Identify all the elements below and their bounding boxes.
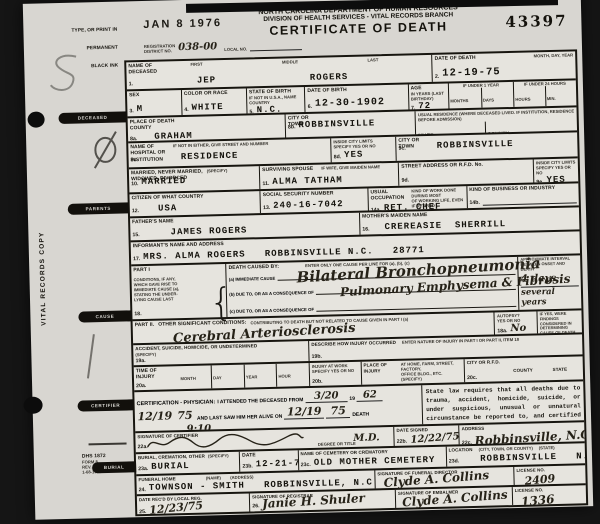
field-embalmer-signature: SIGNATURE OF EMBALMERClyde A. Collins: [395, 487, 512, 508]
field-surviving-spouse: SURVIVING SPOUSEIF WIFE, GIVE MAIDEN NAM…: [259, 163, 399, 189]
degree-title-value: M.D.: [353, 432, 380, 444]
injury-work-no: 20b.: [312, 378, 359, 385]
attended-from-year: 62: [363, 389, 377, 400]
burial-date-value: 12-21-75: [256, 458, 298, 469]
time-of-injury-label-box: TIME OF INJURY20a.: [134, 366, 180, 390]
ssn-label: SOCIAL SECURITY NUMBER: [263, 190, 366, 199]
cemetery-loc-no: 23d.: [449, 458, 460, 464]
cause-conditions-column: PART I CONDITIONS, IF ANY, WHICH GAVE RI…: [131, 264, 227, 319]
cemetery-no: 23c.: [301, 462, 311, 468]
pen-slash-mark: [83, 332, 98, 380]
icl-death-label: INSIDE CITY LIMITS SPECIFY YES OR NO: [333, 138, 393, 150]
race-value: WHITE: [191, 102, 223, 113]
field-marital-status: MARRIED, NEVER MARRIED, WIDOWED, DIVORCE…: [129, 166, 260, 192]
tab-certifier-label: CERTIFIER: [91, 403, 120, 409]
dob-no: 6.: [308, 104, 312, 110]
days-label: DAYS: [483, 97, 494, 102]
dob-value: 12-30-1902: [315, 97, 385, 110]
field-inside-city-limits-residence: INSIDE CITY LIMITS SPECIFY YES OR NO9e.Y…: [533, 158, 578, 182]
tab-deceased-label: DECEASED: [78, 115, 108, 121]
name-no: 1.: [129, 81, 133, 87]
field-age: AGEIN YEARS (LAST BIRTHDAY)7.72: [407, 84, 448, 110]
vital-records-copy-label: VITAL RECORDS COPY: [38, 231, 47, 325]
icl-death-value: YES: [344, 150, 363, 160]
last-col-label: LAST: [367, 57, 378, 62]
field-street-address: STREET ADDRESS OR R.F.D. No.9d.: [398, 159, 533, 185]
tab-cause-label: CAUSE: [95, 314, 114, 319]
certificate-number: 43397: [505, 12, 568, 32]
hospital-value: RESIDENCE: [181, 150, 239, 161]
margin-rule-line: [89, 442, 127, 445]
field-injury-at-work: INJURY AT WORKSPECIFY YES OR NO20b.: [309, 362, 361, 386]
tab-certifier: CERTIFIER: [77, 399, 133, 411]
pod-city-no: 8b.: [288, 124, 296, 130]
hour-label: HOUR: [278, 373, 290, 378]
due-to-c-label: (c) DUE TO, OR AS A CONSEQUENCE OF: [230, 307, 315, 314]
cause-interval-column: APPROXIMATE INTERVAL BETWEEN ONSET AND D…: [517, 255, 581, 310]
under1-days: DAYS: [481, 87, 514, 108]
cemetery-value: OLD MOTHER CEMETERY: [314, 455, 436, 468]
registrar-sig-no: 26.: [252, 504, 259, 510]
death-word: DEATH: [352, 412, 369, 418]
industry-label: KIND OF BUSINESS OR INDUSTRY: [469, 184, 576, 193]
father-value: JAMES ROGERS: [171, 225, 248, 237]
industry-no: 14b.: [469, 200, 480, 206]
under24-min: MIN.: [544, 85, 576, 106]
injury-place-sub: AT HOME, FARM, STREET, FACTORY, OFFICE B…: [401, 360, 462, 382]
field-if-under-1-year: IF UNDER 1 YEARMONTHSDAYS: [448, 82, 514, 109]
year-prefix: 19: [349, 396, 355, 402]
mother-value: CREREASIE SHERRILL: [384, 219, 506, 232]
name-first-value: JEP: [197, 75, 216, 85]
autopsy-value: No: [510, 323, 526, 334]
informant-no: 17.: [133, 256, 140, 262]
injury-year-col: YEAR: [243, 364, 276, 388]
icl-death-no: 8d.: [334, 154, 342, 160]
cause-line-b: (b) DUE TO, OR AS A CONSEQUENCE OFPulmon…: [229, 282, 516, 297]
field-embalmer-license: LICENSE NO.1336: [512, 485, 586, 505]
dod-sub: MONTH, DAY, YEAR: [534, 52, 574, 59]
citizen-value: USA: [158, 203, 177, 213]
field-place-of-injury: PLACE OF INJURYAT HOME, FARM, STREET, FA…: [360, 359, 464, 385]
date-signed-value: 12/22/75: [410, 431, 459, 446]
death-caused-by-label: DEATH CAUSED BY:: [229, 264, 280, 271]
tab-burial: BURIAL: [92, 461, 136, 473]
hospital-no: 8c.: [131, 157, 138, 163]
hole-punch: [27, 111, 44, 127]
sex-value: M: [137, 104, 144, 114]
local-no-label: LOCAL NO.: [224, 46, 247, 52]
field-sex: SEX3.M: [127, 90, 181, 116]
tab-deceased: DECEASED: [58, 111, 126, 124]
field-business-industry: KIND OF BUSINESS OR INDUSTRY14b.: [466, 183, 579, 208]
street-no: 9d.: [402, 178, 410, 184]
state-law-notice: State law requires that all deaths due t…: [422, 381, 585, 424]
injury-city-col: CITY OR R.F.D.20c.: [465, 358, 512, 382]
ssn-value: 240-16-7042: [273, 199, 344, 211]
last-saw-year: 75: [330, 404, 346, 417]
injury-state-col: STATE: [550, 356, 583, 380]
field-place-of-death-city: CITY OR TOWN8b.ROBBINSVILLE: [285, 111, 416, 137]
registrar-sig-value: Janie H. Shuler: [262, 491, 366, 511]
certification-title: CERTIFICATION - PHYSICIAN:: [137, 399, 216, 407]
dod-label: DATE OF DEATH: [434, 55, 475, 62]
field-citizen-of: CITIZEN OF WHAT COUNTRY12.USA: [129, 191, 260, 216]
tab-cause: CAUSE: [78, 310, 131, 322]
null-pen-mark: [90, 130, 121, 171]
field-usual-occupation: USUAL OCCUPATIONKIND OF WORK DONE DURING…: [367, 186, 466, 210]
spouse-no: 11.: [262, 181, 269, 187]
injury-place-label: PLACE OF INJURY: [363, 362, 398, 383]
injury-state-label: STATE: [553, 367, 568, 372]
cemetery-loc-label: LOCATION: [449, 447, 473, 453]
injury-city-no: 20c.: [467, 374, 510, 381]
attended-text: I ATTENDED THE DECEASED FROM: [217, 397, 303, 405]
tab-burial-label: BURIAL: [104, 465, 125, 471]
cause-no: 18.: [134, 311, 141, 317]
burial-sub: (SPECIFY): [208, 453, 229, 459]
dod-no: 2.: [435, 74, 439, 80]
certificate-scan-paper: TYPE, OR PRINT IN PERMANENT BLACK INK VI…: [23, 0, 593, 520]
injury-city-label: CITY OR R.F.D.: [467, 359, 510, 366]
date-signed-no: 22b.: [397, 438, 408, 444]
field-autopsy: AUTOPSY? YES OR NO18a.No: [494, 311, 537, 334]
burial-date-no: 23b.: [242, 463, 253, 469]
marital-no: 10.: [131, 181, 138, 187]
date-received-value: 12/23/75: [149, 499, 204, 514]
registration-district-row: REGISTRATION DISTRICT NO. 038-00 LOCAL N…: [144, 39, 302, 54]
attended-to-year: 75: [177, 409, 193, 422]
registration-district-value: 038-00: [178, 41, 217, 53]
cause-lines-column: DEATH CAUSED BY:ENTER ONLY ONE CAUSE PER…: [225, 257, 518, 317]
field-race: COLOR OR RACE4.WHITE: [181, 88, 247, 115]
field-injury-location: CITY OR R.F.D.20c. COUNTY STATE: [464, 356, 584, 382]
immediate-cause-label: (a) IMMEDIATE CAUSE: [229, 276, 276, 282]
sex-no: 3.: [129, 108, 133, 114]
spouse-value: ALMA TATHAM: [272, 175, 343, 187]
middle-col-label: MIDDLE: [282, 59, 298, 64]
spouse-label: SURVIVING SPOUSE: [262, 166, 313, 174]
spouse-sub: IF WIFE, GIVE MAIDEN NAME: [321, 164, 380, 172]
street-label: STREET ADDRESS OR R.F.D. No.: [401, 161, 531, 170]
race-label: COLOR OR RACE: [184, 90, 244, 98]
hole-punch: [23, 397, 42, 414]
burial-no: 23a.: [138, 466, 148, 472]
year-label: YEAR: [246, 374, 258, 379]
injury-day-col: DAY: [211, 365, 244, 389]
first-col-label: FIRST: [190, 62, 202, 67]
race-no: 4.: [184, 107, 188, 113]
ssn-no: 13.: [263, 205, 270, 211]
interval-label: APPROXIMATE INTERVAL BETWEEN ONSET AND D…: [520, 256, 578, 272]
field-date-of-death: DATE OF DEATHMONTH, DAY, YEAR 2.12-19-75: [431, 51, 575, 82]
res-city-no: 9c.: [398, 145, 405, 151]
how-injury-label: DESCRIBE HOW INJURY OCCURRED: [311, 340, 396, 348]
funeral-home-no: 24.: [139, 487, 146, 493]
pen-scribble: [42, 50, 85, 97]
res-city-value: ROBBINSVILLE: [437, 138, 514, 150]
industry-blank: [483, 197, 577, 205]
findings-label: IF YES, WERE FINDINGS CONSIDERED IN DETE…: [540, 311, 580, 333]
field-burial-date: DATE23b.12-21-75: [239, 450, 298, 471]
min-label: MIN.: [547, 96, 556, 101]
certificate-form: FIRST MIDDLE LAST NAME OF DECEASED 1. JE…: [124, 49, 588, 516]
time-of-injury-label: TIME OF INJURY: [136, 367, 178, 381]
field-burial-cremation: BURIAL, CREMATION, OTHER(SPECIFY)23a.BUR…: [136, 452, 240, 475]
last-saw-text: AND LAST SAW HIM HER ALIVE ON: [197, 414, 282, 422]
months-label: MONTHS: [450, 98, 468, 103]
under1-months: MONTHS: [449, 88, 481, 109]
interval-a-value: 4 days: [521, 273, 579, 288]
field-date-received: DATE REC'D BY LOCAL REG.25.12/23/75: [137, 494, 250, 515]
conditions-brace: {: [209, 280, 234, 325]
month-label: MONTH: [180, 376, 195, 381]
pod-city-value: ROBBINSVILLE: [298, 118, 375, 130]
attended-from-date: 3/20: [314, 390, 339, 402]
burial-label: BURIAL, CREMATION, OTHER: [138, 454, 205, 461]
sex-label: SEX: [129, 91, 179, 98]
field-ssn: SOCIAL SECURITY NUMBER13.240-16-7042: [260, 189, 368, 214]
due-to-b-label: (b) DUE TO, OR AS A CONSEQUENCE OF: [229, 290, 314, 297]
degree-title-label: DEGREE OR TITLE: [318, 441, 356, 447]
injury-work-sub: SPECIFY YES OR NO: [312, 368, 359, 374]
under24-hours: HOURS: [514, 86, 545, 107]
time-of-injury-no: 20a.: [136, 382, 178, 389]
field-if-under-24-hours: IF UNDER 24 HOURSHOURSMIN.: [513, 80, 576, 107]
hours-label: HOURS: [515, 97, 530, 102]
day-label: DAY: [213, 375, 222, 380]
field-director-license: LICENSE NO.2409: [513, 465, 585, 485]
field-inside-city-limits-death: INSIDE CITY LIMITS SPECIFY YES OR NO8d.Y…: [330, 137, 396, 163]
cause-b-line: Pulmonary Emphysema & Fibrosis: [316, 282, 516, 295]
dob-label: DATE OF BIRTH: [307, 86, 405, 95]
tab-parents: PARENTS: [68, 202, 129, 214]
part-1-label: PART I: [133, 265, 223, 273]
injury-county-label: COUNTY: [513, 368, 533, 373]
field-findings-considered: IF YES, WERE FINDINGS CONSIDERED IN DETE…: [537, 310, 582, 333]
citizen-label: CITIZEN OF WHAT COUNTRY: [131, 192, 257, 201]
dod-value: 12-19-75: [442, 66, 501, 79]
how-injury-sub: ENTER NATURE OF INJURY IN PART I OR PART…: [402, 337, 519, 346]
name-label: NAME OF DECEASED: [128, 56, 430, 76]
registration-district-label: REGISTRATION DISTRICT NO.: [144, 43, 176, 54]
mother-no: 16.: [362, 226, 369, 232]
injury-hour-col: HOUR: [276, 363, 309, 387]
field-date-of-birth: DATE OF BIRTH6.12-30-1902: [304, 85, 408, 113]
injury-county-col: COUNTY: [511, 357, 551, 381]
field-state-of-birth: STATE OF BIRTHIF NOT IN U.S.A., NAME COU…: [246, 87, 305, 113]
injury-month-col: MONTH: [179, 365, 211, 389]
field-registrar-signature: SIGNATURE OF REGISTRAR26.Janie H. Shuler: [249, 490, 395, 512]
father-no: 15.: [132, 232, 139, 238]
burial-value: BURIAL: [151, 461, 190, 472]
name-last-value: ROGERS: [310, 72, 349, 83]
field-date-signed: DATE SIGNED22b.12/22/75: [393, 425, 459, 446]
state-law-text: State law requires that all deaths due t…: [423, 381, 585, 424]
date-received-no: 25.: [139, 509, 146, 514]
attended-to-date: 12/19: [137, 409, 172, 423]
interval-b-value: several years: [521, 288, 579, 308]
last-saw-date: 12/19: [287, 405, 322, 419]
part-2-label: PART II.: [135, 322, 155, 329]
tab-parents-label: PARENTS: [86, 206, 111, 212]
citizen-no: 12.: [132, 208, 139, 214]
marital-value: MARRIED: [141, 175, 186, 186]
icl-res-label: INSIDE CITY LIMITS SPECIFY YES OR NO: [536, 159, 576, 175]
local-no-blank: [250, 49, 302, 51]
cemetery-loc-value: ROBBINSVILLE N.C.: [480, 451, 585, 464]
